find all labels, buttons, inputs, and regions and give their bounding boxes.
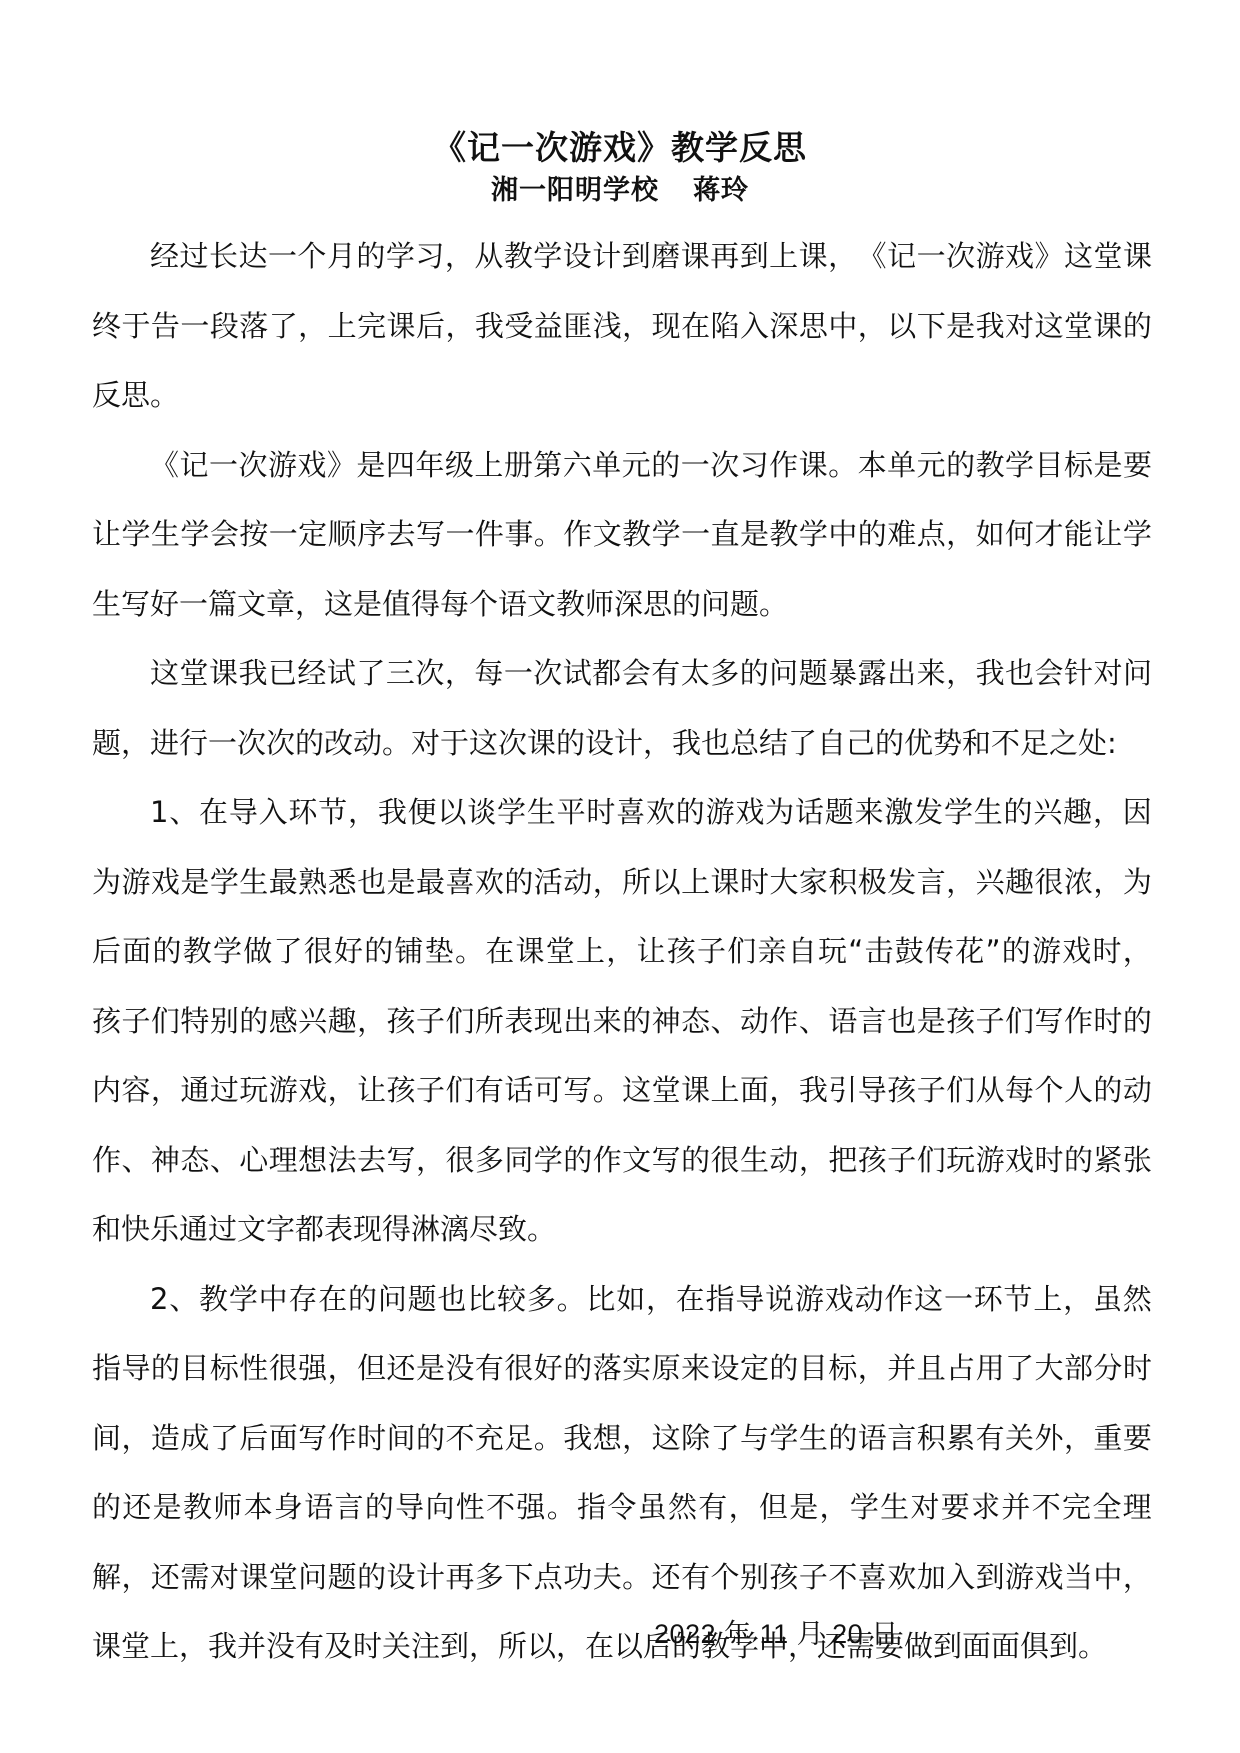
paragraph-line: 作、神态、心理想法去写，很多同学的作文写的很生动，把孩子们玩游戏时的紧张 — [92, 1132, 1152, 1202]
paragraph-line: 为游戏是学生最熟悉也是最喜欢的活动，所以上课时大家积极发言，兴趣很浓，为 — [92, 854, 1152, 924]
paragraph-line: 《记一次游戏》是四年级上册第六单元的一次习作课。本单元的教学目标是要 — [92, 437, 1152, 507]
paragraph-line: 经过长达一个月的学习，从教学设计到磨课再到上课，《记一次游戏》这堂课 — [92, 228, 1152, 298]
paragraph-line: 生写好一篇文章，这是值得每个语文教师深思的问题。 — [92, 576, 1152, 646]
paragraph-line: 1、在导入环节，我便以谈学生平时喜欢的游戏为话题来激发学生的兴趣，因 — [92, 784, 1152, 854]
paragraph: 2、教学中存在的问题也比较多。比如，在指导说游戏动作这一环节上，虽然指导的目标性… — [92, 1271, 1152, 1688]
paragraph: 1、在导入环节，我便以谈学生平时喜欢的游戏为话题来激发学生的兴趣，因为游戏是学生… — [92, 784, 1152, 1271]
paragraph-line: 终于告一段落了，上完课后，我受益匪浅，现在陷入深思中，以下是我对这堂课的 — [92, 298, 1152, 368]
paragraph-line: 这堂课我已经试了三次，每一次试都会有太多的问题暴露出来，我也会针对问 — [92, 645, 1152, 715]
author-school: 湘一阳明学校 — [491, 168, 659, 207]
document-title: 《记一次游戏》教学反思 — [0, 122, 1240, 169]
author-line: 湘一阳明学校蒋玲 — [0, 168, 1240, 207]
paragraph: 经过长达一个月的学习，从教学设计到磨课再到上课，《记一次游戏》这堂课终于告一段落… — [92, 228, 1152, 437]
paragraph-line: 和快乐通过文字都表现得淋漓尽致。 — [92, 1201, 1152, 1271]
paragraph-line: 让学生学会按一定顺序去写一件事。作文教学一直是教学中的难点，如何才能让学 — [92, 506, 1152, 576]
paragraph-line: 2、教学中存在的问题也比较多。比如，在指导说游戏动作这一环节上，虽然 — [92, 1271, 1152, 1341]
paragraph-line: 解，还需对课堂问题的设计再多下点功夫。还有个别孩子不喜欢加入到游戏当中， — [92, 1549, 1152, 1619]
paragraph-line: 孩子们特别的感兴趣，孩子们所表现出来的神态、动作、语言也是孩子们写作时的 — [92, 993, 1152, 1063]
paragraph-line: 指导的目标性很强，但还是没有很好的落实原来设定的目标，并且占用了大部分时 — [92, 1340, 1152, 1410]
paragraph-line: 课堂上，我并没有及时关注到，所以，在以后的教学中，还需要做到面面俱到。 — [92, 1618, 1152, 1688]
paragraph-line: 后面的教学做了很好的铺垫。在课堂上，让孩子们亲自玩“击鼓传花”的游戏时， — [92, 923, 1152, 993]
paragraph-line: 间，造成了后面写作时间的不充足。我想，这除了与学生的语言积累有关外，重要 — [92, 1410, 1152, 1480]
paragraph-line: 反思。 — [92, 367, 1152, 437]
document-date: 2022 年 11 月 20 日 — [654, 1612, 899, 1651]
document-body: 经过长达一个月的学习，从教学设计到磨课再到上课，《记一次游戏》这堂课终于告一段落… — [92, 228, 1152, 1688]
paragraph-line: 内容，通过玩游戏，让孩子们有话可写。这堂课上面，我引导孩子们从每个人的动 — [92, 1062, 1152, 1132]
author-name: 蒋玲 — [693, 168, 749, 207]
paragraph-line: 题，进行一次次的改动。对于这次课的设计，我也总结了自己的优势和不足之处: — [92, 715, 1152, 785]
paragraph-line: 的还是教师本身语言的导向性不强。指令虽然有，但是，学生对要求并不完全理 — [92, 1479, 1152, 1549]
paragraph: 《记一次游戏》是四年级上册第六单元的一次习作课。本单元的教学目标是要让学生学会按… — [92, 437, 1152, 646]
paragraph: 这堂课我已经试了三次，每一次试都会有太多的问题暴露出来，我也会针对问题，进行一次… — [92, 645, 1152, 784]
